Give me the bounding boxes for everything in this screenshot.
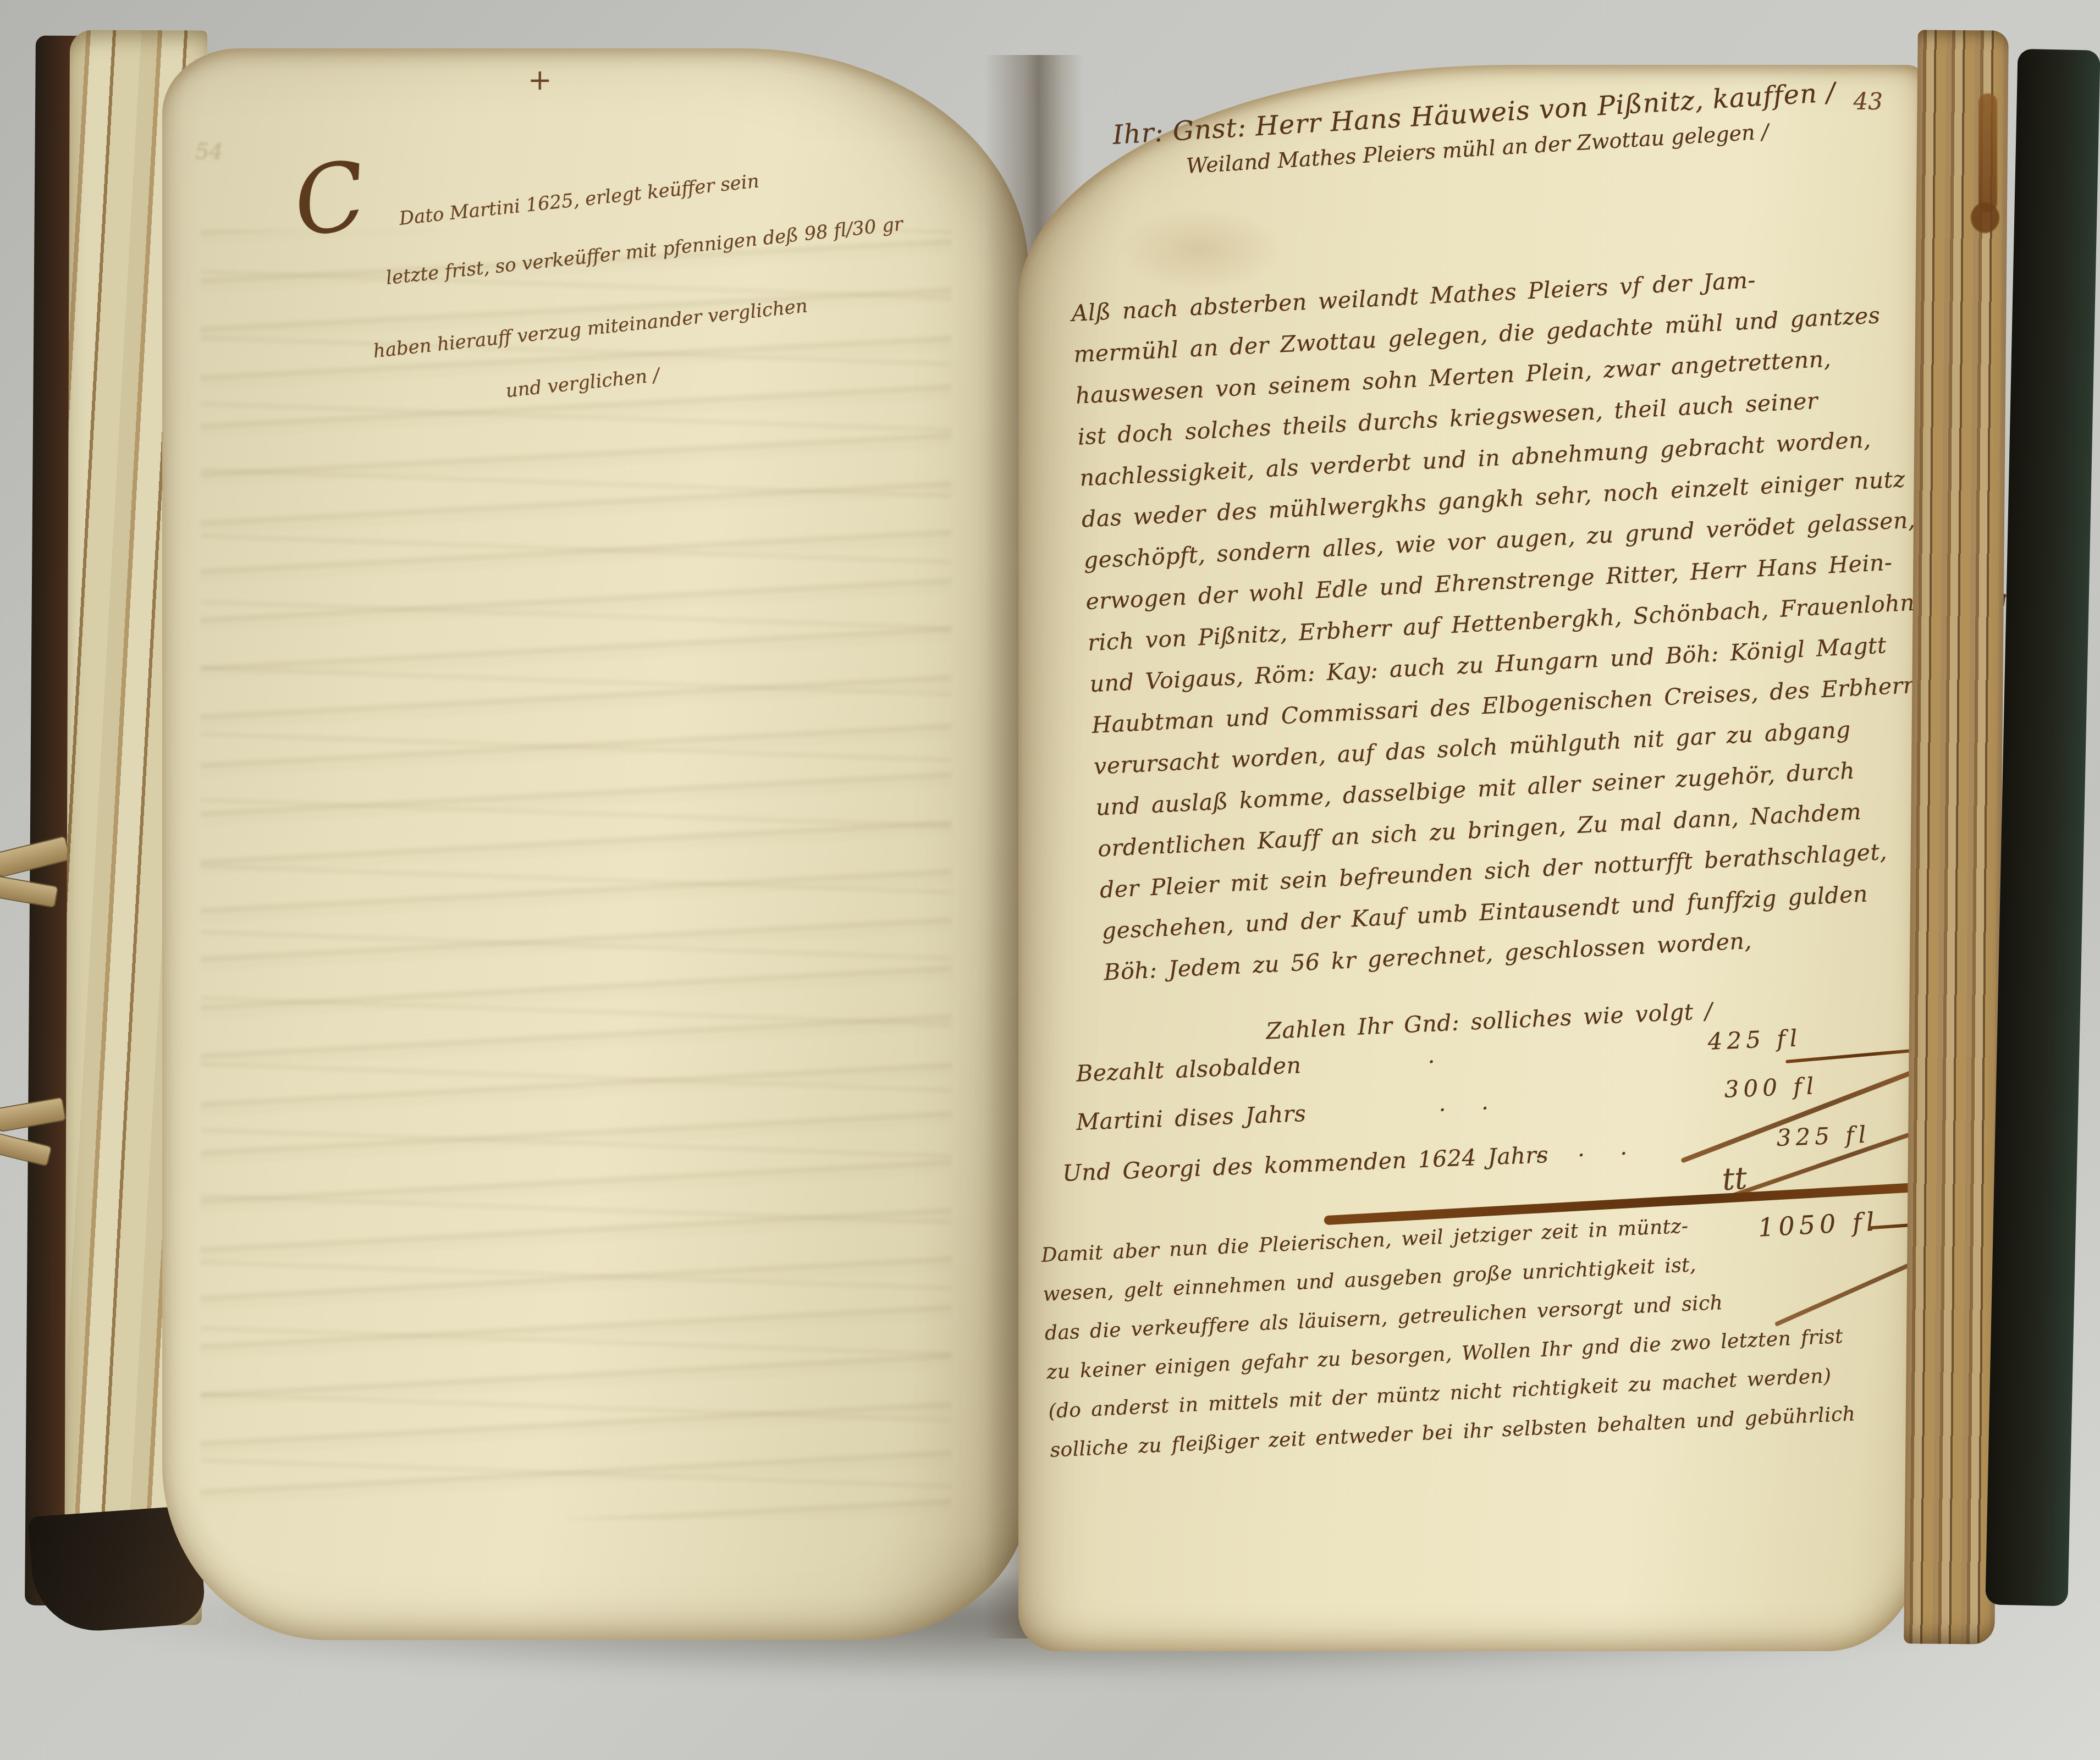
folio-number-ghost: 54 <box>195 139 223 164</box>
photo-backdrop: + 54 C Dato Martini 1625, erlegt keüffer… <box>0 0 2100 1760</box>
ink-stain <box>1971 202 1999 233</box>
dot-leader: . . <box>1438 1089 1503 1116</box>
pen-flourish <box>1785 1049 1912 1063</box>
payment-amount: 300 fl <box>1724 1072 1818 1103</box>
payment-row: Martini dises Jahrs . . 300 fl <box>1076 1093 1307 1143</box>
marginal-note: Dato Martini 1625, erlegt keüffer sein l… <box>344 95 1000 164</box>
payment-label: Und Georgi des kommenden 1624 Jahrs <box>1062 1141 1548 1187</box>
invocation-cross-mark: + <box>528 64 552 97</box>
settlement-intro: Zahlen Ihr Gnd: solliches wie volgt / <box>1265 991 1714 1052</box>
foxing-stain <box>1117 208 1282 290</box>
dot-leader: . <box>1427 1042 1449 1068</box>
payment-label: Bezahlt alsobalden <box>1076 1052 1302 1087</box>
payment-amount: 425 fl <box>1707 1024 1802 1055</box>
entry-heading: Ihr: Gnst: Herr Hans Häuweis von Pißnitz… <box>1112 77 1838 183</box>
payment-row: Bezahlt alsobalden . 425 fl <box>1076 1045 1302 1095</box>
payment-row: Und Georgi des kommenden 1624 Jahrs . . … <box>1062 1134 1549 1194</box>
payment-amount: 325 fl <box>1776 1121 1871 1152</box>
bleed-through-text <box>201 230 951 1519</box>
entry-footer: Damit aber nun die Pleierischen, weil je… <box>1040 1200 1856 1470</box>
marginal-paraph: C <box>288 148 372 251</box>
folio-number: 43 <box>1854 88 1883 115</box>
ink-stain <box>1978 93 1997 212</box>
right-page: 43 Ihr: Gnst: Herr Hans Häuweis von Pißn… <box>1018 65 1926 1651</box>
left-page: + 54 C Dato Martini 1625, erlegt keüffer… <box>162 48 1028 1640</box>
dot-leader: . . . <box>1534 1134 1641 1163</box>
entry-body: Alß nach absterben weilandt Mathes Pleie… <box>1071 248 2028 994</box>
payment-label: Martini dises Jahrs <box>1076 1100 1307 1135</box>
